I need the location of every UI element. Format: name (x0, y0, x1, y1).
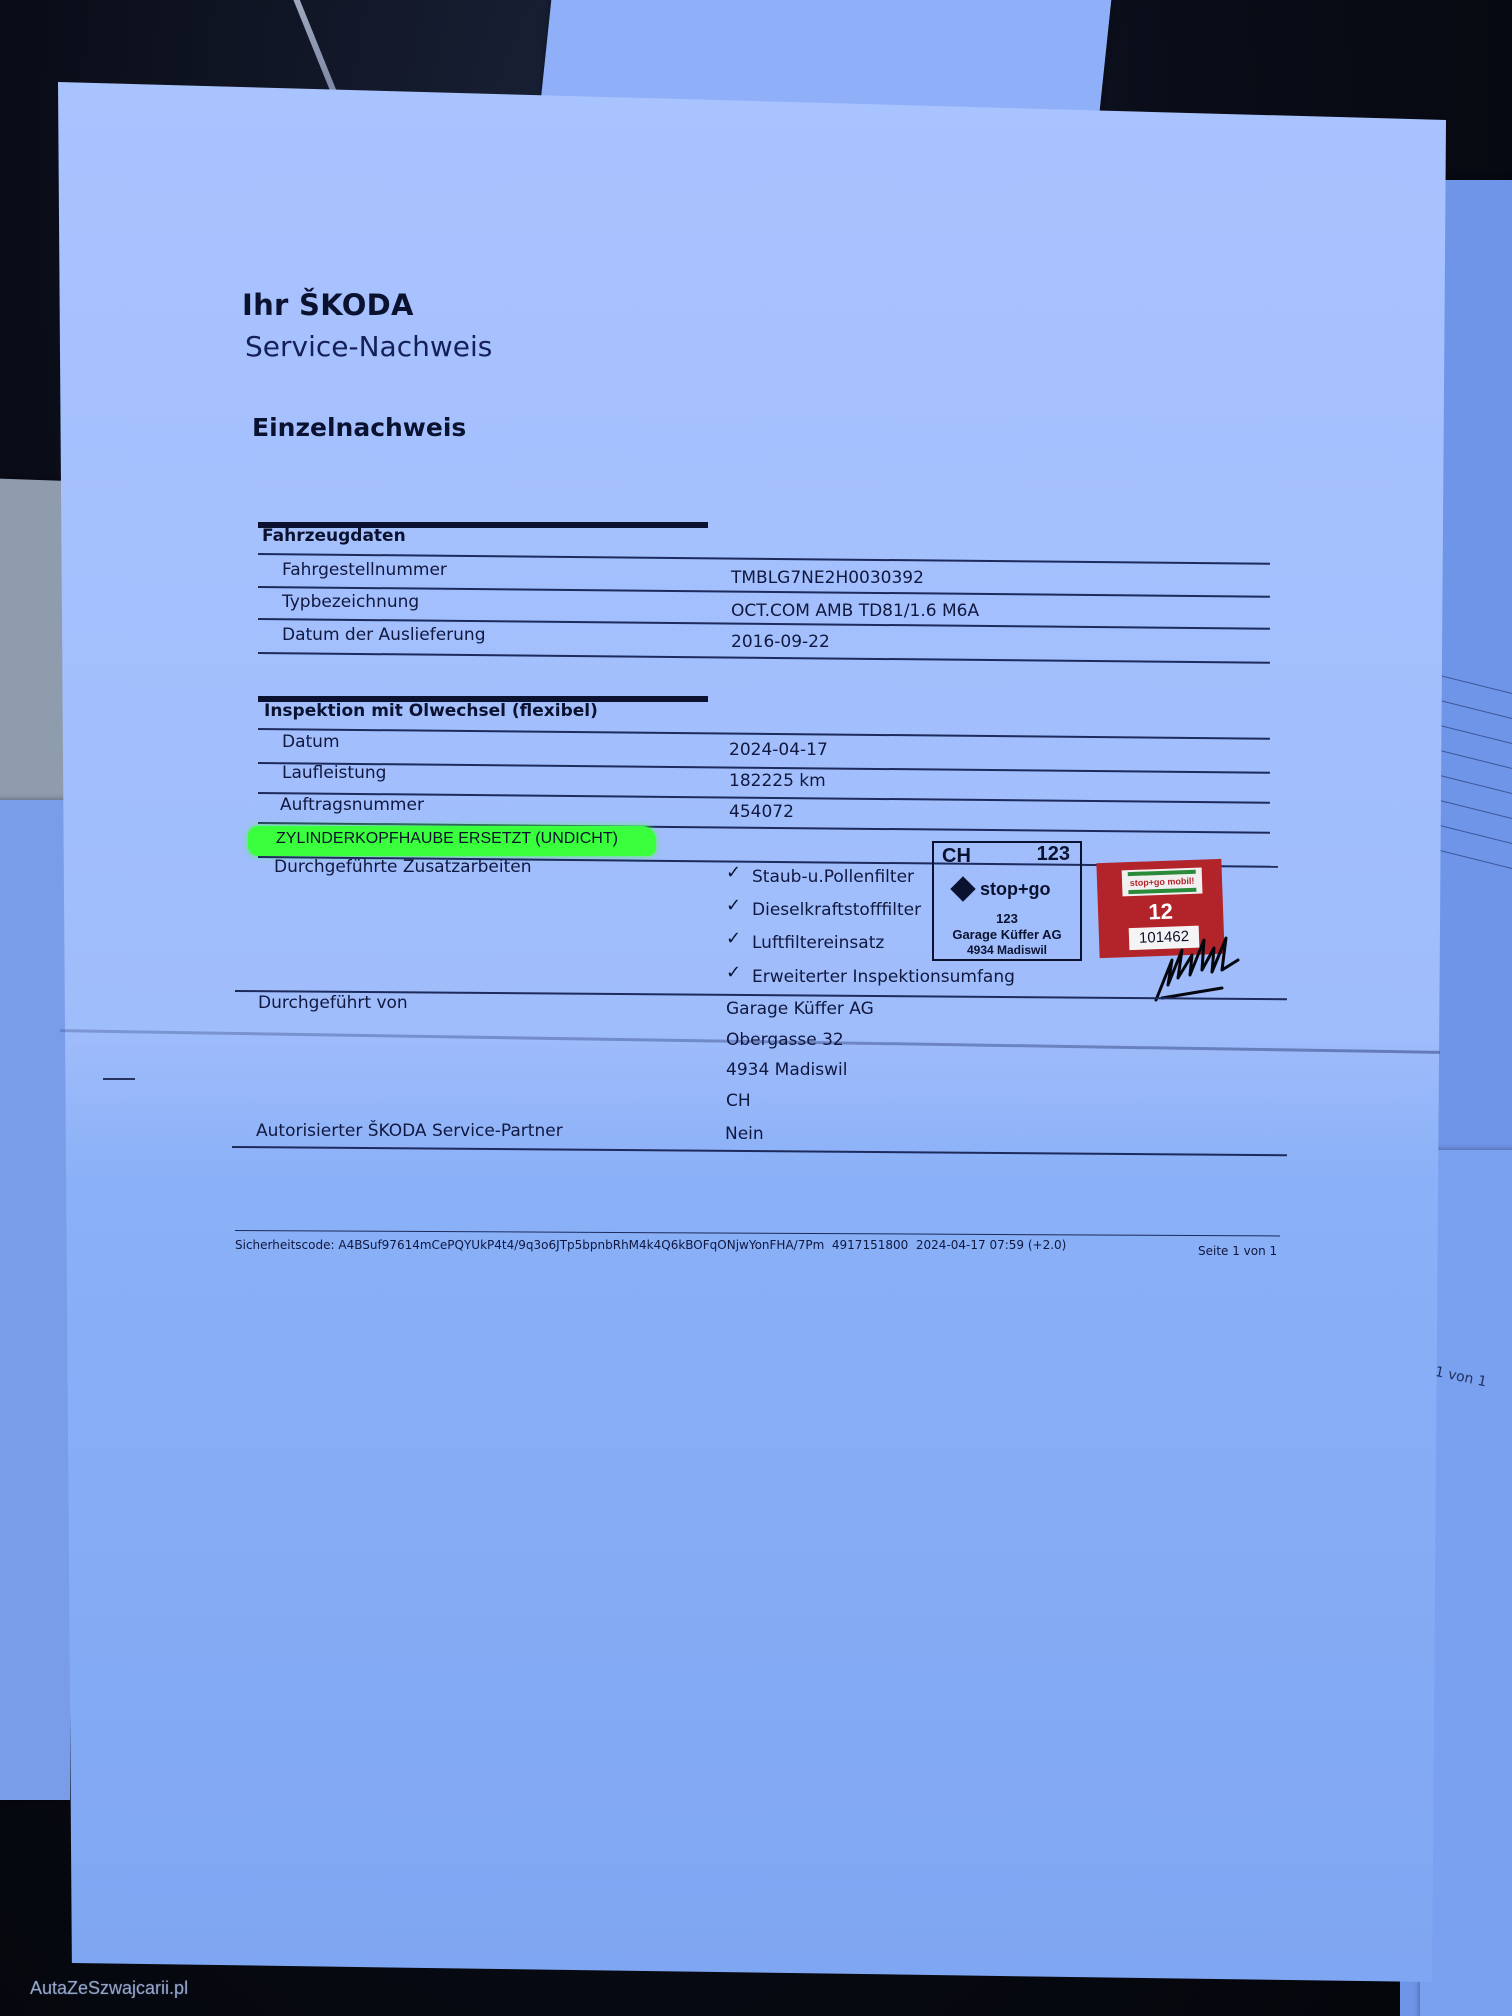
divider (258, 652, 1270, 664)
stamp-line-1: 123 (934, 911, 1080, 926)
garage-city: 4934 Madiswil (726, 1060, 847, 1080)
value-date: 2024-04-17 (729, 740, 828, 760)
extra-work-item: Staub-u.Pollenfilter (752, 867, 914, 887)
check-icon: ✓ (726, 862, 741, 883)
stamp-line-2: Garage Küffer AG (934, 927, 1080, 942)
label-delivery-date: Datum der Auslieferung (282, 625, 486, 645)
document-subtitle: Service-Nachweis (245, 330, 492, 363)
label-vin: Fahrgestellnummer (282, 560, 447, 580)
sticker-number: 12 (1098, 897, 1224, 927)
label-mileage: Laufleistung (282, 763, 386, 783)
label-extra-work: Durchgeführte Zusatzarbeiten (274, 857, 531, 877)
check-icon: ✓ (726, 928, 741, 949)
brand-title: Ihr ŠKODA (242, 288, 414, 322)
check-icon: ✓ (726, 895, 741, 916)
garage-stamp: CH 123 stop+go 123 Garage Küffer AG 4934… (932, 841, 1082, 961)
value-delivery-date: 2016-09-22 (731, 632, 830, 652)
garage-country: CH (726, 1091, 751, 1111)
margin-dash (103, 1078, 135, 1080)
label-performed-by: Durchgeführt von (258, 993, 408, 1013)
footer-divider (235, 1230, 1280, 1236)
divider (258, 728, 1270, 740)
value-authorized-partner: Nein (725, 1124, 764, 1144)
extra-work-item: Luftfiltereinsatz (752, 933, 884, 953)
garage-street: Obergasse 32 (726, 1030, 844, 1050)
extra-work-item: Erweiterter Inspektionsumfang (752, 967, 1015, 987)
extra-work-item: Dieselkraftstofffilter (752, 900, 921, 920)
label-date: Datum (282, 732, 340, 752)
label-authorized-partner: Autorisierter ŠKODA Service-Partner (256, 1121, 563, 1141)
security-code: A4BSuf97614mCePQYUkP4t4/9q3o6JTp5bpnbRhM… (338, 1238, 824, 1252)
security-code-label: Sicherheitscode: (235, 1238, 335, 1252)
security-code-line: Sicherheitscode: A4BSuf97614mCePQYUkP4t4… (235, 1238, 1066, 1252)
label-type: Typbezeichnung (282, 592, 419, 612)
value-mileage: 182225 km (729, 771, 826, 791)
value-vin: TMBLG7NE2H0030392 (731, 568, 924, 588)
stamp-country: CH (942, 845, 971, 868)
page-number: Seite 1 von 1 (1198, 1244, 1277, 1258)
handwritten-repair-note: ZYLINDERKOPFHAUBE ERSETZT (UNDICHT) (276, 830, 618, 848)
section-title-vehicle: Fahrzeugdaten (262, 526, 406, 546)
watermark: AutaZeSzwajcarii.pl (30, 1978, 188, 1999)
value-type: OCT.COM AMB TD81/1.6 M6A (731, 601, 979, 621)
divider (232, 1146, 1287, 1156)
signature-icon (1152, 930, 1242, 1005)
check-icon: ✓ (726, 962, 741, 983)
section-title-inspection: Inspektion mit Ölwechsel (flexibel) (264, 701, 598, 721)
page-heading: Einzelnachweis (252, 413, 466, 442)
stopgo-logo: stop+go (954, 879, 1051, 900)
document-id: 4917151800 (832, 1238, 908, 1252)
stamp-line-3: 4934 Madiswil (934, 943, 1080, 957)
label-order-number: Auftragsnummer (280, 795, 424, 815)
service-record-document: Ihr ŠKODA Service-Nachweis Einzelnachwei… (0, 0, 1512, 2016)
print-timestamp: 2024-04-17 07:59 (+2.0) (916, 1238, 1066, 1252)
stamp-number: 123 (1037, 843, 1070, 866)
stopgo-diamond-icon (950, 876, 975, 901)
value-order-number: 454072 (729, 802, 794, 822)
sticker-logo: stop+go mobil! (1122, 868, 1203, 897)
garage-name: Garage Küffer AG (726, 999, 874, 1019)
